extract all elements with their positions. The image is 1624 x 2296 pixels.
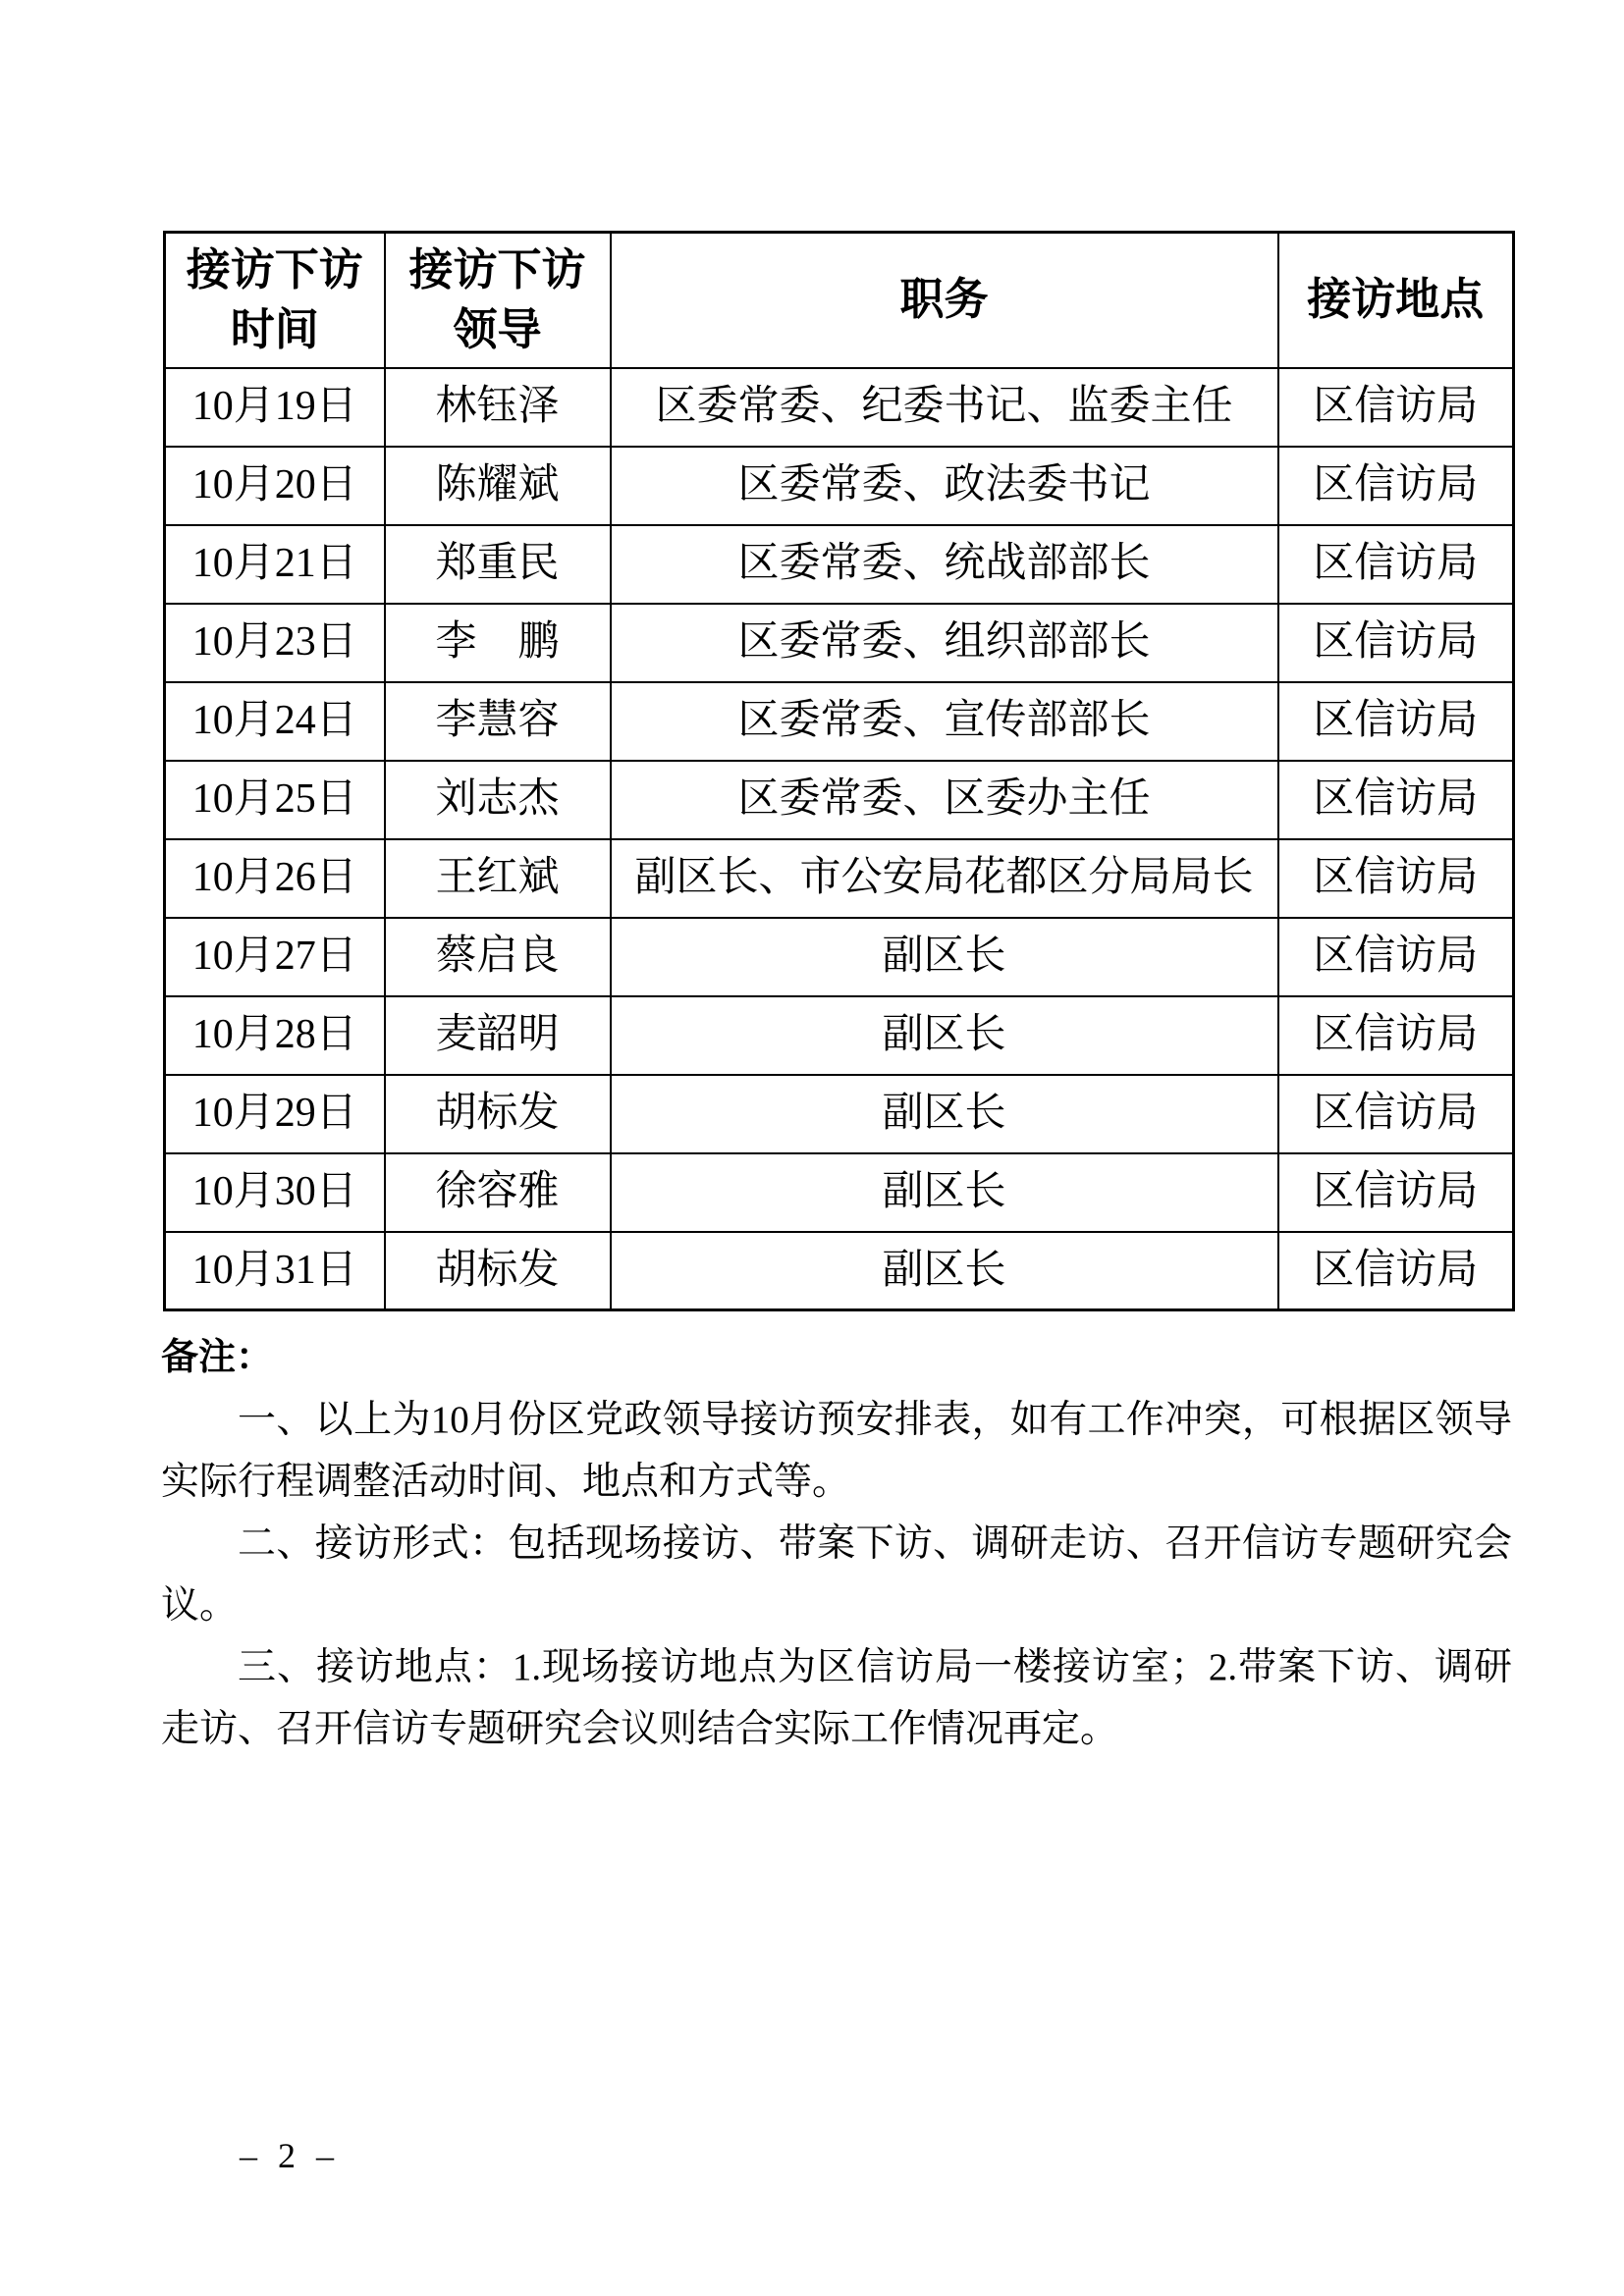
table-cell-date: 10月20日	[165, 447, 385, 525]
table-cell-position: 副区长	[611, 918, 1278, 996]
table-row: 10月25日刘志杰区委常委、区委办主任区信访局	[165, 761, 1514, 839]
table-cell-leader: 郑重民	[385, 525, 611, 604]
table-row: 10月28日麦韶明副区长区信访局	[165, 996, 1514, 1075]
table-cell-leader: 麦韶明	[385, 996, 611, 1075]
table-cell-position: 副区长	[611, 996, 1278, 1075]
table-cell-leader: 胡标发	[385, 1232, 611, 1310]
table-cell-leader: 林钰泽	[385, 368, 611, 447]
table-cell-leader: 李 鹏	[385, 604, 611, 682]
table-row: 10月27日蔡启良副区长区信访局	[165, 918, 1514, 996]
table-cell-date: 10月25日	[165, 761, 385, 839]
table-cell-date: 10月21日	[165, 525, 385, 604]
table-cell-location: 区信访局	[1278, 604, 1514, 682]
table-row: 10月20日陈耀斌区委常委、政法委书记区信访局	[165, 447, 1514, 525]
table-cell-position: 区委常委、政法委书记	[611, 447, 1278, 525]
table-row: 10月24日李慧容区委常委、宣传部部长区信访局	[165, 682, 1514, 761]
table-row: 10月30日徐容雅副区长区信访局	[165, 1153, 1514, 1232]
table-cell-date: 10月31日	[165, 1232, 385, 1310]
table-cell-leader: 刘志杰	[385, 761, 611, 839]
schedule-table-body: 10月19日林钰泽区委常委、纪委书记、监委主任区信访局10月20日陈耀斌区委常委…	[165, 368, 1514, 1310]
table-cell-location: 区信访局	[1278, 839, 1514, 918]
table-cell-location: 区信访局	[1278, 525, 1514, 604]
table-row: 10月26日王红斌副区长、市公安局花都区分局局长区信访局	[165, 839, 1514, 918]
table-cell-date: 10月23日	[165, 604, 385, 682]
table-cell-position: 副区长	[611, 1075, 1278, 1153]
notes-section: 备注： 一、以上为10月份区党政领导接访预安排表，如有工作冲突，可根据区领导实际…	[161, 1327, 1512, 1760]
table-row: 10月29日胡标发副区长区信访局	[165, 1075, 1514, 1153]
table-cell-location: 区信访局	[1278, 761, 1514, 839]
table-cell-location: 区信访局	[1278, 918, 1514, 996]
table-cell-location: 区信访局	[1278, 996, 1514, 1075]
column-header-visit-leader: 接访下访 领导	[385, 233, 611, 368]
table-cell-leader: 胡标发	[385, 1075, 611, 1153]
table-cell-date: 10月27日	[165, 918, 385, 996]
table-cell-position: 区委常委、区委办主任	[611, 761, 1278, 839]
table-cell-position: 副区长	[611, 1232, 1278, 1310]
table-row: 10月23日李 鹏区委常委、组织部部长区信访局	[165, 604, 1514, 682]
table-cell-position: 区委常委、组织部部长	[611, 604, 1278, 682]
table-cell-location: 区信访局	[1278, 447, 1514, 525]
table-cell-location: 区信访局	[1278, 1232, 1514, 1310]
table-cell-location: 区信访局	[1278, 682, 1514, 761]
document-page: 接访下访 时间 接访下访 领导 职务 接访地点 10月19日林钰泽区委常委、纪委…	[0, 0, 1624, 2296]
table-cell-position: 副区长	[611, 1153, 1278, 1232]
schedule-table-container: 接访下访 时间 接访下访 领导 职务 接访地点 10月19日林钰泽区委常委、纪委…	[163, 231, 1512, 1311]
table-cell-position: 副区长、市公安局花都区分局局长	[611, 839, 1278, 918]
column-header-visit-time: 接访下访 时间	[165, 233, 385, 368]
table-cell-date: 10月29日	[165, 1075, 385, 1153]
column-header-visit-location: 接访地点	[1278, 233, 1514, 368]
table-cell-location: 区信访局	[1278, 1153, 1514, 1232]
table-cell-date: 10月24日	[165, 682, 385, 761]
table-cell-location: 区信访局	[1278, 1075, 1514, 1153]
table-cell-leader: 陈耀斌	[385, 447, 611, 525]
table-cell-position: 区委常委、纪委书记、监委主任	[611, 368, 1278, 447]
table-cell-leader: 王红斌	[385, 839, 611, 918]
note-item-3: 三、接访地点：1.现场接访地点为区信访局一楼接访室；2.带案下访、调研走访、召开…	[161, 1636, 1512, 1760]
table-cell-date: 10月28日	[165, 996, 385, 1075]
table-cell-date: 10月30日	[165, 1153, 385, 1232]
table-cell-date: 10月26日	[165, 839, 385, 918]
notes-label: 备注：	[161, 1327, 1512, 1389]
page-number: – 2 –	[240, 2132, 340, 2179]
table-cell-leader: 蔡启良	[385, 918, 611, 996]
schedule-table: 接访下访 时间 接访下访 领导 职务 接访地点 10月19日林钰泽区委常委、纪委…	[163, 231, 1515, 1311]
table-cell-date: 10月19日	[165, 368, 385, 447]
column-header-position: 职务	[611, 233, 1278, 368]
table-cell-leader: 徐容雅	[385, 1153, 611, 1232]
schedule-table-header: 接访下访 时间 接访下访 领导 职务 接访地点	[165, 233, 1514, 368]
table-cell-location: 区信访局	[1278, 368, 1514, 447]
table-cell-position: 区委常委、宣传部部长	[611, 682, 1278, 761]
note-item-1: 一、以上为10月份区党政领导接访预安排表，如有工作冲突，可根据区领导实际行程调整…	[161, 1389, 1512, 1513]
table-cell-position: 区委常委、统战部部长	[611, 525, 1278, 604]
table-cell-leader: 李慧容	[385, 682, 611, 761]
header-row: 接访下访 时间 接访下访 领导 职务 接访地点	[165, 233, 1514, 368]
table-row: 10月21日郑重民区委常委、统战部部长区信访局	[165, 525, 1514, 604]
note-item-2: 二、接访形式：包括现场接访、带案下访、调研走访、召开信访专题研究会议。	[161, 1513, 1512, 1636]
table-row: 10月31日胡标发副区长区信访局	[165, 1232, 1514, 1310]
table-row: 10月19日林钰泽区委常委、纪委书记、监委主任区信访局	[165, 368, 1514, 447]
